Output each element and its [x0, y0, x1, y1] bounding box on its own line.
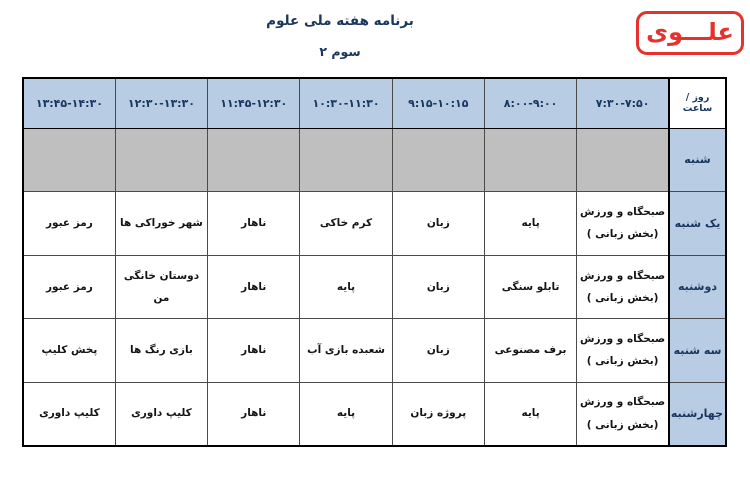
time-header-cell: ۱۰:۳۰-۱۱:۳۰ [300, 78, 392, 128]
schedule-cell: زبان [392, 319, 484, 383]
day-cell: چهارشنبه [669, 382, 726, 446]
header-titles: برنامه هفته ملی علوم سوم ۲ [0, 0, 680, 59]
schedule-cell [115, 128, 207, 192]
schedule-cell: رمز عبور [23, 255, 115, 319]
schedule-cell [484, 128, 576, 192]
day-cell: یک شنبه [669, 192, 726, 256]
schedule-cell: شعبده بازی آب [300, 319, 392, 383]
schedule-table: روز / ساعت ۷:۳۰-۷:۵۰ ۸:۰۰-۹:۰۰ ۹:۱۵-۱۰:۱… [22, 77, 727, 447]
schedule-cell: بازی رنگ ها [115, 319, 207, 383]
schedule-cell: ناهار [208, 382, 300, 446]
schedule-cell [300, 128, 392, 192]
schedule-cell: صبحگاه و ورزش (بخش زبانی ) [577, 255, 669, 319]
day-cell: دوشنبه [669, 255, 726, 319]
time-header-cell: ۷:۳۰-۷:۵۰ [577, 78, 669, 128]
schedule-cell: کلیپ داوری [115, 382, 207, 446]
schedule-cell: شهر خوراکی ها [115, 192, 207, 256]
day-cell: شنبه [669, 128, 726, 192]
page-subtitle: سوم ۲ [0, 44, 680, 59]
table-row-monday: دوشنبه صبحگاه و ورزش (بخش زبانی ) تابلو … [23, 255, 726, 319]
corner-header-cell: روز / ساعت [669, 78, 726, 128]
schedule-cell: پخش کلیپ [23, 319, 115, 383]
time-header-cell: ۱۱:۴۵-۱۲:۳۰ [208, 78, 300, 128]
schedule-cell: دوستان خانگی من [115, 255, 207, 319]
schedule-cell: زبان [392, 192, 484, 256]
schedule-cell: کرم خاکی [300, 192, 392, 256]
schedule-cell: ناهار [208, 319, 300, 383]
alavi-logo: علـــوی [636, 11, 744, 55]
schedule-cell: ناهار [208, 192, 300, 256]
schedule-cell: پایه [300, 382, 392, 446]
time-header-cell: ۸:۰۰-۹:۰۰ [484, 78, 576, 128]
schedule-cell: صبحگاه و ورزش (بخش زبانی ) [577, 192, 669, 256]
time-header-cell: ۱۳:۴۵-۱۴:۳۰ [23, 78, 115, 128]
schedule-cell: صبحگاه و ورزش (بخش زبانی ) [577, 382, 669, 446]
schedule-cell [23, 128, 115, 192]
header-row: روز / ساعت ۷:۳۰-۷:۵۰ ۸:۰۰-۹:۰۰ ۹:۱۵-۱۰:۱… [23, 78, 726, 128]
table-row-sunday: یک شنبه صبحگاه و ورزش (بخش زبانی ) پایه … [23, 192, 726, 256]
schedule-cell [577, 128, 669, 192]
page-title: برنامه هفته ملی علوم [0, 13, 680, 29]
schedule-cell: پایه [300, 255, 392, 319]
schedule-cell [208, 128, 300, 192]
time-header-cell: ۱۲:۳۰-۱۳:۳۰ [115, 78, 207, 128]
schedule-cell: پایه [484, 382, 576, 446]
time-header-cell: ۹:۱۵-۱۰:۱۵ [392, 78, 484, 128]
schedule-cell: پروژه زبان [392, 382, 484, 446]
day-cell: سه شنبه [669, 319, 726, 383]
table-row-saturday: شنبه [23, 128, 726, 192]
schedule-cell: برف مصنوعی [484, 319, 576, 383]
table-row-wednesday: چهارشنبه صبحگاه و ورزش (بخش زبانی ) پایه… [23, 382, 726, 446]
schedule-cell: پایه [484, 192, 576, 256]
schedule-cell: ناهار [208, 255, 300, 319]
schedule-cell: زبان [392, 255, 484, 319]
alavi-logo-text: علـــوی [646, 20, 734, 44]
table-row-tuesday: سه شنبه صبحگاه و ورزش (بخش زبانی ) برف م… [23, 319, 726, 383]
schedule-cell: تابلو سنگی [484, 255, 576, 319]
schedule-cell: رمز عبور [23, 192, 115, 256]
page: { "header": { "title": "برنامه هفته ملی … [0, 0, 750, 480]
schedule-cell: کلیپ داوری [23, 382, 115, 446]
schedule-cell [392, 128, 484, 192]
schedule-cell: صبحگاه و ورزش (بخش زبانی ) [577, 319, 669, 383]
